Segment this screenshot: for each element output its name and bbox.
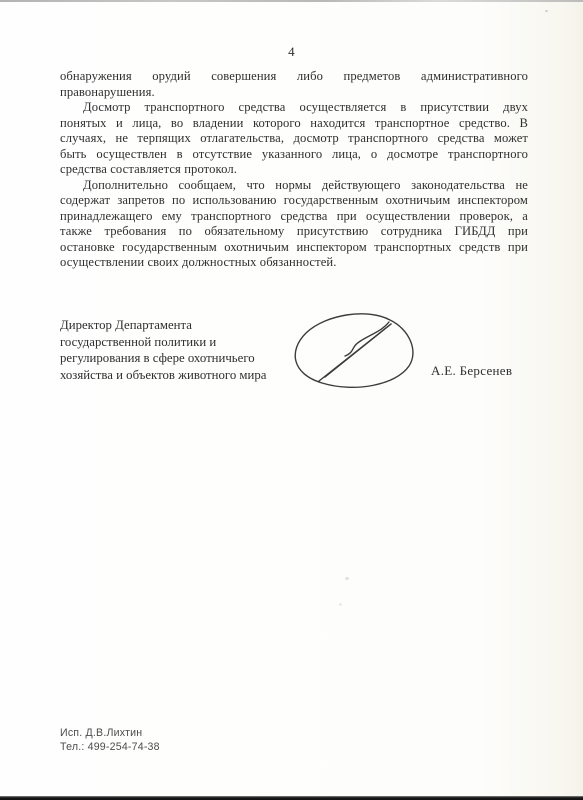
text-line: средства составляется протокол. (60, 162, 528, 178)
scan-artifact (339, 603, 342, 606)
executor-line: Исп. Д.В.Лихтин (60, 726, 160, 740)
text-line: понятых и лица, во владении которого нах… (60, 116, 528, 132)
text-line: Досмотр транспортного средства осуществл… (60, 100, 528, 116)
text-line: остановке государственным охотничьим инс… (60, 240, 528, 256)
text-line: правонарушения. (60, 85, 528, 101)
document-body: обнаружения орудий совершения либо предм… (60, 69, 528, 271)
text-line: Дополнительно сообщаем, что нормы действ… (60, 178, 528, 194)
text-line: осуществлении своих должностных обязанно… (60, 255, 528, 271)
text-line: содержат запретов по использованию госуд… (60, 193, 528, 209)
footer: Исп. Д.В.Лихтин Тел.: 499-254-74-38 (60, 726, 160, 754)
text-line: обнаружения орудий совершения либо предм… (60, 69, 528, 85)
scan-artifact (345, 577, 349, 580)
page-number: 4 (0, 44, 583, 60)
scan-artifact (545, 10, 548, 12)
handwritten-signature-icon (286, 312, 434, 392)
text-line: случаях, не терпящих отлагательства, дос… (60, 131, 528, 147)
phone-line: Тел.: 499-254-74-38 (60, 740, 160, 754)
scanned-document-page: 4 обнаружения орудий совершения либо пре… (0, 0, 583, 800)
text-line: также требования по обязательному присут… (60, 224, 528, 240)
scan-edge-top (0, 0, 583, 2)
scan-edge-bottom (0, 796, 583, 800)
text-line: быть осуществлен в отсутствие указанного… (60, 147, 528, 163)
signer-name: А.Е. Берсенев (431, 363, 512, 379)
text-line: принадлежащего ему транспортного средств… (60, 209, 528, 225)
